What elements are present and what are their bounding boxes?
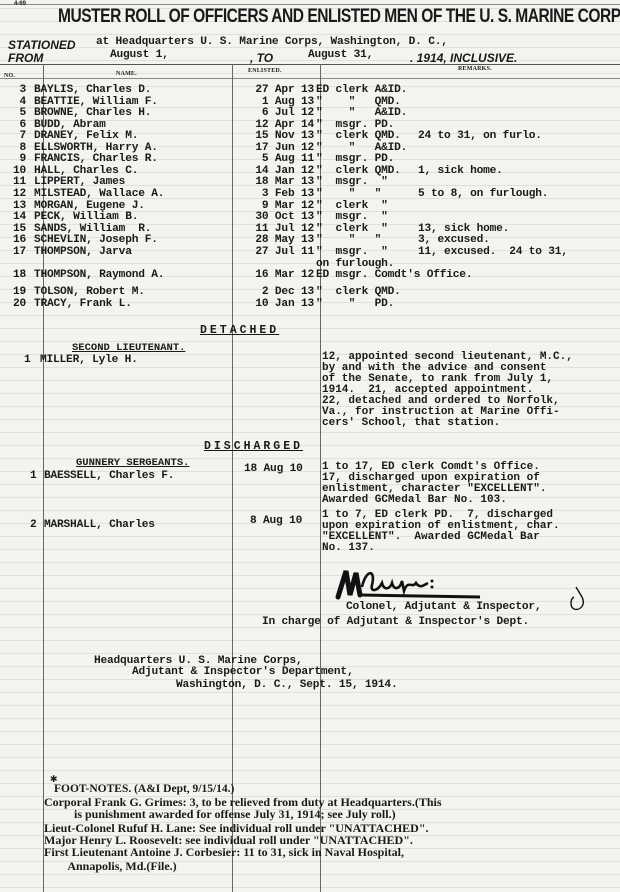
table-row: 14PECK, William B.30 Oct 13" msgr. " [0, 212, 620, 223]
table-row: 12MILSTEAD, Wallace A.3 Feb 13" " "5 to … [0, 189, 620, 200]
row-enlisted: 28 May 13 [236, 235, 314, 246]
row-number: 16 [0, 235, 26, 246]
row-remarks: 5 to 8, on furlough. [418, 189, 548, 200]
row-name: PECK, William B. [34, 212, 138, 223]
column-header-no: NO. [4, 73, 15, 79]
entry-number: 1 [30, 471, 37, 482]
row-number: 3 [0, 85, 26, 96]
row-number: 9 [0, 154, 26, 165]
entry-enlisted: 18 Aug 10 [244, 464, 303, 475]
row-number: 5 [0, 108, 26, 119]
row-enlisted: 27 Apr 13 [236, 85, 314, 96]
table-row: 19TOLSON, Robert M.2 Dec 13" clerk QMD. [0, 287, 620, 298]
section-heading-discharged: DISCHARGED [204, 440, 303, 453]
to-value: August 31, [308, 50, 373, 61]
column-header-enlisted: ENLISTED. [248, 68, 282, 74]
top-rule [0, 4, 620, 5]
row-name: LIPPERT, James [34, 177, 125, 188]
row-name: BROWNE, Charles H. [34, 108, 151, 119]
row-duty: " " " [316, 235, 381, 246]
row-remarks: 3, excused. [418, 235, 490, 246]
handwritten-mark [568, 585, 588, 615]
row-duty: " " " [316, 189, 381, 200]
row-remarks: 24 to 31, on furlo. [418, 131, 542, 142]
row-enlisted: 27 Jul 11 [236, 247, 314, 258]
to-label: , TO [250, 51, 273, 65]
row-duty: " msgr. " [316, 177, 388, 188]
entry-remarks: 1 to 17, ED clerk Comdt's Office. 17, di… [322, 462, 546, 506]
row-duty: ED msgr. Comdt's Office. [316, 270, 472, 281]
row-number: 12 [0, 189, 26, 200]
column-header-name: NAME. [116, 71, 137, 77]
entry-remarks: 1 to 7, ED clerk PD. 7, discharged upon … [322, 510, 560, 554]
row-number: 18 [0, 270, 26, 281]
entry-number: 1 [24, 355, 31, 366]
stationed-value: at Headquarters U. S. Marine Corps, Wash… [96, 37, 448, 48]
header-rule-top [0, 64, 620, 65]
entry-enlisted: 8 Aug 10 [250, 516, 302, 527]
row-name: BAYLIS, Charles D. [34, 85, 151, 96]
entry-number: 2 [30, 520, 37, 531]
row-duty: " msgr. PD. [316, 154, 394, 165]
row-enlisted: 18 Mar 13 [236, 177, 314, 188]
row-enlisted: 10 Jan 13 [236, 299, 314, 310]
footnote-line: Annapolis, Md.(File.) [44, 860, 177, 872]
row-enlisted: 6 Jul 12 [236, 108, 314, 119]
table-row: 16SCHEVLIN, Joseph F.28 May 13" " "3, ex… [0, 235, 620, 246]
signer-role: In charge of Adjutant & Inspector's Dept… [262, 617, 529, 628]
year-inclusive: . 1914, INCLUSIVE. [410, 51, 517, 65]
row-name: TRACY, Frank L. [34, 299, 132, 310]
dateline-line-3: Washington, D. C., Sept. 15, 1914. [176, 680, 397, 691]
entry-name: BAESSELL, Charles F. [44, 471, 174, 482]
row-name: MILSTEAD, Wallace A. [34, 189, 164, 200]
signature-scrawl [332, 565, 482, 605]
table-row: 18THOMPSON, Raymond A.16 Mar 12ED msgr. … [0, 270, 620, 281]
table-row: 17THOMPSON, Jarva27 Jul 11" msgr. "11, e… [0, 247, 620, 258]
row-duty: " msgr. " [316, 247, 388, 258]
table-row: 3BAYLIS, Charles D.27 Apr 13ED clerk A&I… [0, 85, 620, 96]
row-enlisted: 15 Nov 13 [236, 131, 314, 142]
row-duty: ED clerk A&ID. [316, 85, 407, 96]
row-name: THOMPSON, Raymond A. [34, 270, 164, 281]
row-remarks: 1, sick home. [418, 166, 503, 177]
footnote-line: First Lieutenant Antoine J. Corbesier: 1… [44, 846, 404, 858]
row-number: 14 [0, 212, 26, 223]
row-duty: " clerk QMD. [316, 287, 401, 298]
column-header-remarks: REMARKS. [458, 66, 492, 72]
row-enlisted: 5 Aug 11 [236, 154, 314, 165]
row-duty: " " PD. [316, 299, 394, 310]
row-number: 7 [0, 131, 26, 142]
row-name: TOLSON, Robert M. [34, 287, 145, 298]
row-name: SCHEVLIN, Joseph F. [34, 235, 158, 246]
entry-name: MILLER, Lyle H. [40, 355, 138, 366]
row-duty: " msgr. " [316, 212, 388, 223]
section-heading-detached: DETACHED [200, 324, 279, 337]
table-row: 9FRANCIS, Charles R.5 Aug 11" msgr. PD. [0, 154, 620, 165]
signer-title: Colonel, Adjutant & Inspector, [346, 602, 541, 613]
row-name: THOMPSON, Jarva [34, 247, 132, 258]
row-number: 20 [0, 299, 26, 310]
row-enlisted: 3 Feb 13 [236, 189, 314, 200]
table-row: 20TRACY, Frank L.10 Jan 13" " PD. [0, 299, 620, 310]
row-name: DRANEY, Felix M. [34, 131, 138, 142]
row-enlisted: 2 Dec 13 [236, 287, 314, 298]
table-row: 5BROWNE, Charles H.6 Jul 12" " A&ID. [0, 108, 620, 119]
from-value: August 1, [110, 50, 169, 61]
form-code: 4-69 [14, 1, 26, 7]
stationed-label: STATIONED [8, 38, 76, 52]
entry-name: MARSHALL, Charles [44, 520, 155, 531]
document-title: MUSTER ROLL OF OFFICERS AND ENLISTED MEN… [58, 6, 484, 28]
row-remarks: 11, excused. 24 to 31, [418, 247, 568, 258]
row-number: 19 [0, 287, 26, 298]
entry-remarks: 12, appointed second lieutenant, M.C., b… [322, 352, 573, 429]
row-enlisted: 30 Oct 13 [236, 212, 314, 223]
header-rule-bottom [0, 78, 620, 79]
detached-rank-heading: SECOND LIEUTENANT. [72, 342, 185, 354]
row-duty: " clerk QMD. [316, 131, 401, 142]
footnote-line: is punishment awarded for offense July 3… [44, 808, 396, 820]
dateline-line-2: Adjutant & Inspector's Department, [132, 667, 353, 678]
row-duty: " " A&ID. [316, 108, 407, 119]
table-row: 7DRANEY, Felix M.15 Nov 13" clerk QMD.24… [0, 131, 620, 142]
from-label: FROM [8, 51, 43, 65]
row-number: 17 [0, 247, 26, 258]
row-enlisted: 16 Mar 12 [236, 270, 314, 281]
row-number: 11 [0, 177, 26, 188]
row-name: FRANCIS, Charles R. [34, 154, 158, 165]
discharged-rank-heading: GUNNERY SERGEANTS. [76, 457, 189, 469]
table-row: 11LIPPERT, James18 Mar 13" msgr. " [0, 177, 620, 188]
footnotes-heading: FOOT-NOTES. (A&I Dept, 9/15/14.) [54, 783, 234, 795]
